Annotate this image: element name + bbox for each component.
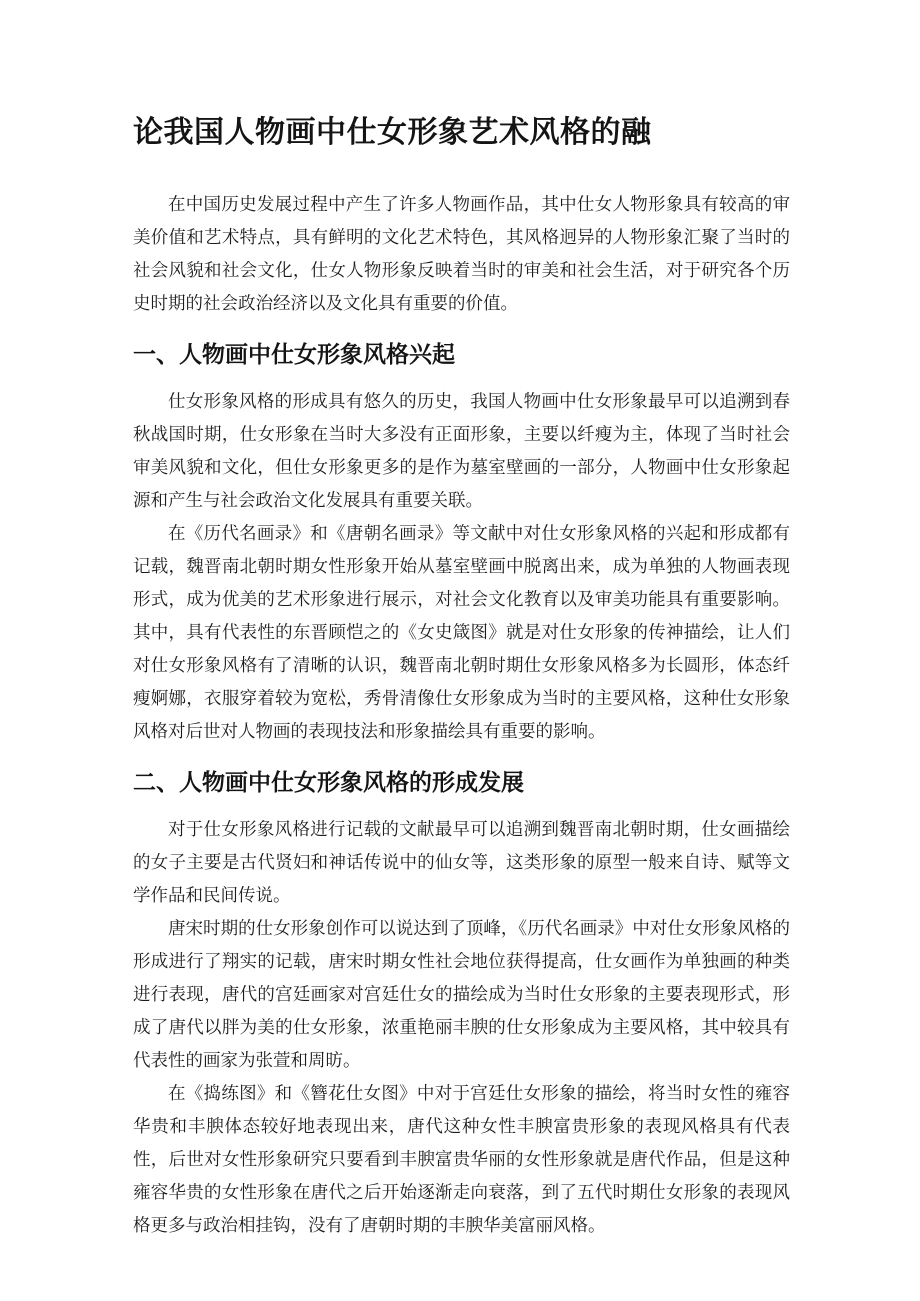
section-1-paragraph-2: 在《历代名画录》和《唐朝名画录》等文献中对仕女形象风格的兴起和形成都有记载，魏晋… (133, 517, 790, 748)
section-2-paragraph-1: 对于仕女形象风格进行记载的文献最早可以追溯到魏晋南北朝时期，仕女画描绘的女子主要… (133, 813, 790, 912)
section-2-paragraph-2: 唐宋时期的仕女形象创作可以说达到了顶峰，《历代名画录》中对仕女形象风格的形成进行… (133, 912, 790, 1077)
document-page: 论我国人物画中仕女形象艺术风格的融 在中国历史发展过程中产生了许多人物画作品，其… (0, 0, 920, 1301)
section-1-heading: 一、人物画中仕女形象风格兴起 (133, 338, 790, 370)
section-2-paragraph-3: 在《捣练图》和《簪花仕女图》中对于宫廷仕女形象的描绘，将当时女性的雍容华贵和丰腴… (133, 1077, 790, 1242)
document-title: 论我国人物画中仕女形象艺术风格的融 (133, 112, 790, 154)
intro-paragraph: 在中国历史发展过程中产生了许多人物画作品，其中仕女人物形象具有较高的审美价值和艺… (133, 188, 790, 320)
section-1-paragraph-1: 仕女形象风格的形成具有悠久的历史，我国人物画中仕女形象最早可以追溯到春秋战国时期… (133, 385, 790, 517)
section-2-heading: 二、人物画中仕女形象风格的形成发展 (133, 766, 790, 798)
